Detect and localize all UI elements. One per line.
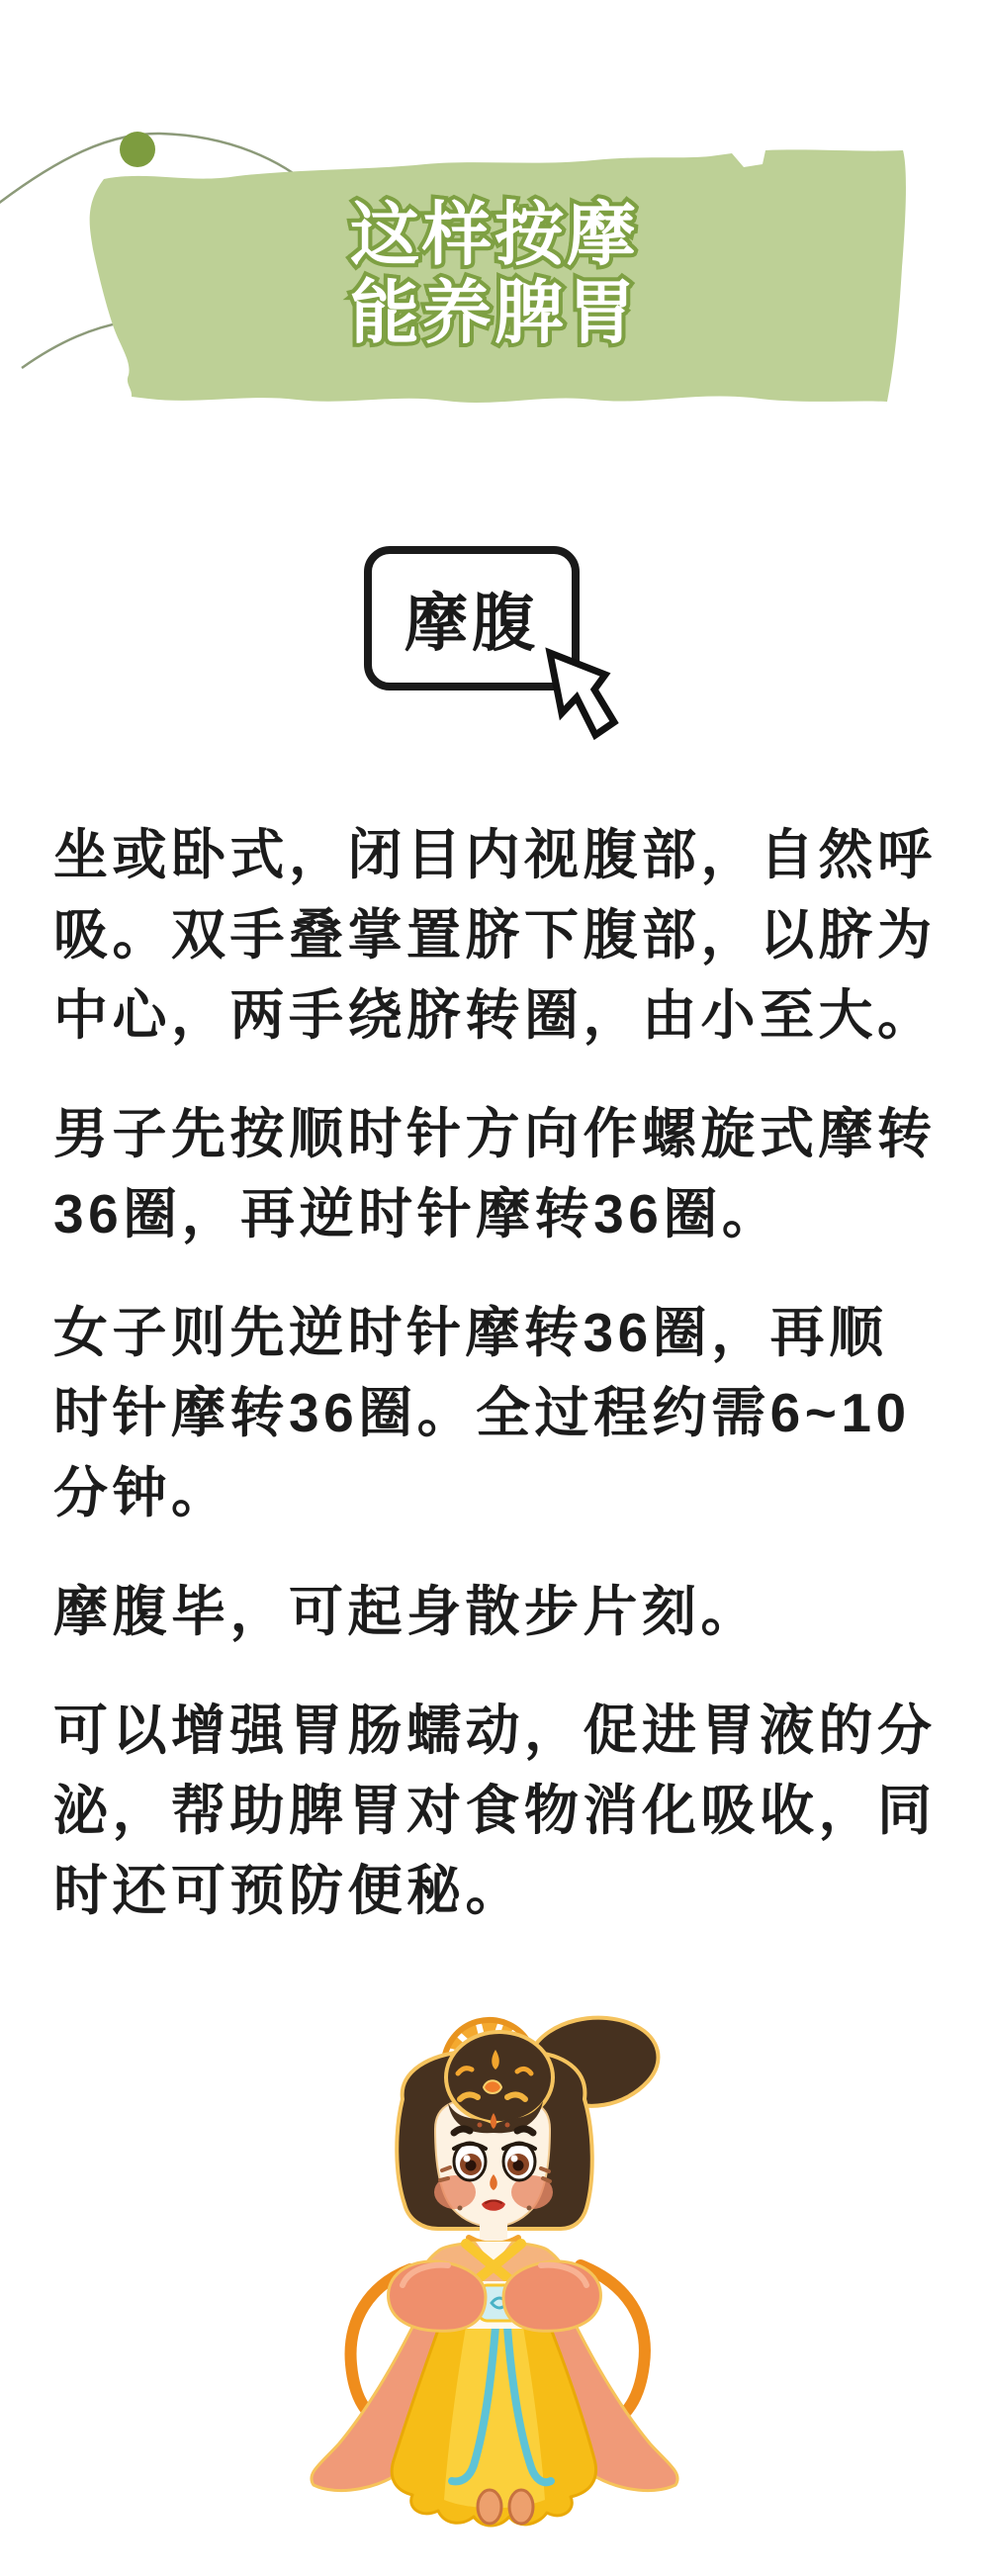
section-tag-label: 摩腹 [405,573,539,664]
body-paragraph: 可以增强胃肠蠕动，促进胃液的分泌，帮助脾胃对食物消化吸收，同时还可预防便秘。 [53,1691,944,1931]
mascot-illustration [292,2000,697,2534]
page-title-line1: 这样按摩 [0,196,989,274]
page-title-line2: 能养脾胃 [0,274,989,352]
sleeve-right [503,2261,600,2331]
body-paragraph: 坐或卧式，闭目内视腹部，自然呼吸。双手叠掌置脐下腹部，以脐为中心，两手绕脐转圈，… [53,815,944,1056]
eye-right [503,2143,535,2180]
header-banner: 这样按摩 能养脾胃 [0,0,989,427]
foot-right [509,2490,533,2524]
sleeve-left [389,2261,486,2331]
body-paragraph: 女子则先逆时针摩转36圈，再顺时针摩转36圈。全过程约需6~10分钟。 [53,1293,944,1533]
eye-left [454,2143,486,2180]
page-title: 这样按摩 能养脾胃 [0,196,989,352]
body-paragraph: 摩腹毕，可起身散步片刻。 [53,1572,944,1652]
foot-left [478,2490,501,2524]
article-body: 坐或卧式，闭目内视腹部，自然呼吸。双手叠掌置脐下腹部，以脐为中心，两手绕脐转圈，… [53,815,944,1970]
accent-dot [120,132,155,167]
cursor-arrow-icon [534,641,628,750]
body-paragraph: 男子先按顺时针方向作螺旋式摩转36圈，再逆时针摩转36圈。 [53,1094,944,1254]
